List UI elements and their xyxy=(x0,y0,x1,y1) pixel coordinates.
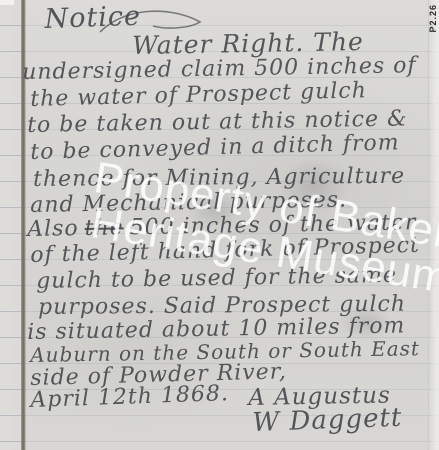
page-right-edge xyxy=(428,0,439,450)
document-page: Notice Water Right. The undersigned clai… xyxy=(0,0,439,450)
handwritten-line: thence for Mining, Agriculture xyxy=(33,164,405,192)
handwritten-line-notice: Notice xyxy=(44,1,141,35)
accession-number: P2.26 xyxy=(428,4,438,33)
text-segment: Also xyxy=(27,216,79,242)
page-corner xyxy=(0,0,14,5)
struck-word: the xyxy=(84,215,123,241)
signature-last-name: W Daggett xyxy=(252,403,403,438)
binding-strip xyxy=(0,0,21,450)
handwritten-line: gulch to be used for the same xyxy=(36,263,397,294)
